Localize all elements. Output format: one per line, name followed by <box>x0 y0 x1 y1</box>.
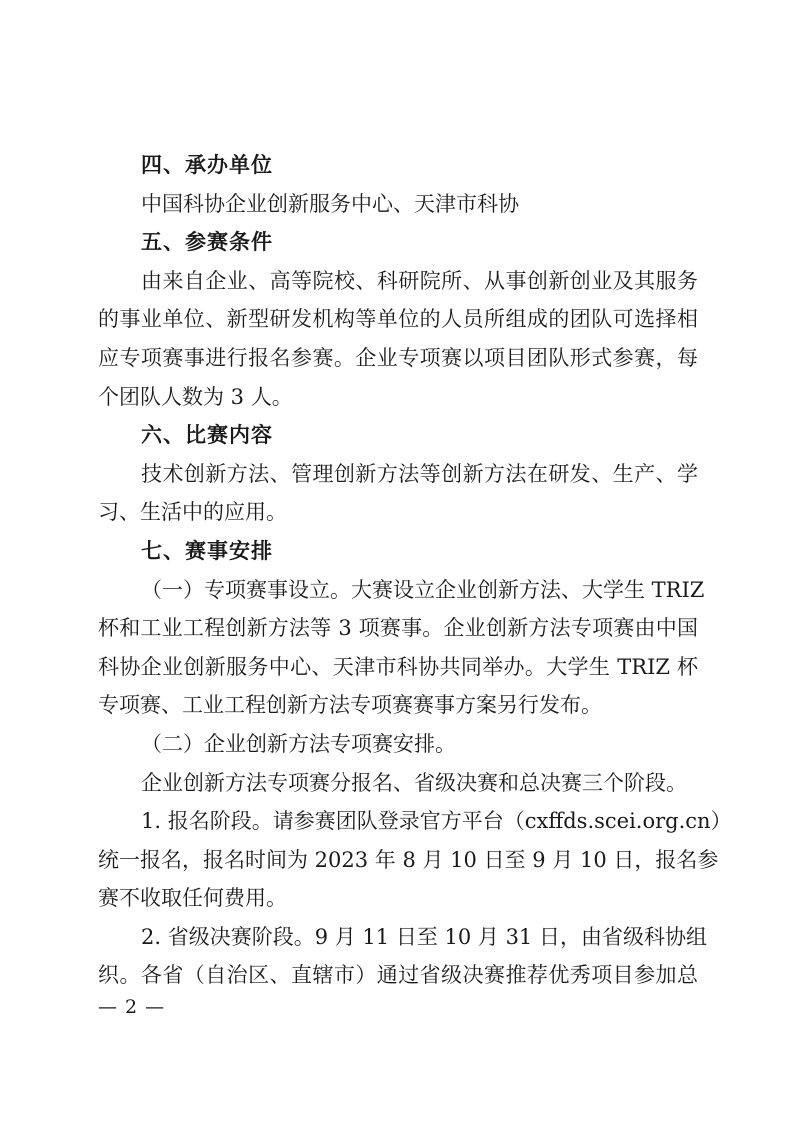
text-line: 赛不收取任何费用。 <box>98 879 698 918</box>
text-line: 技术创新方法、管理创新方法等创新方法在研发、生产、学 <box>98 455 698 494</box>
text-line: 个团队人数为 3 人。 <box>98 378 698 417</box>
text-line: 习、生活中的应用。 <box>98 493 698 532</box>
text-line: 中国科协企业创新服务中心、天津市科协 <box>98 185 698 224</box>
text-line: 的事业单位、新型研发机构等单位的人员所组成的团队可选择相 <box>98 300 698 339</box>
page-number: — 2 — <box>98 994 165 1020</box>
text-line: 1. 报名阶段。请参赛团队登录官方平台（cxffds.scei.org.cn） <box>98 802 698 841</box>
text-line: （二）企业创新方法专项赛安排。 <box>98 725 698 764</box>
document-page: 四、承办单位中国科协企业创新服务中心、天津市科协五、参赛条件由来自企业、高等院校… <box>0 0 794 1123</box>
text-line: 2. 省级决赛阶段。9 月 11 日至 10 月 31 日，由省级科协组 <box>98 918 698 957</box>
text-line: 企业创新方法专项赛分报名、省级决赛和总决赛三个阶段。 <box>98 764 698 803</box>
text-line: 应专项赛事进行报名参赛。企业专项赛以项目团队形式参赛，每 <box>98 339 698 378</box>
section-heading: 五、参赛条件 <box>98 223 698 262</box>
document-body: 四、承办单位中国科协企业创新服务中心、天津市科协五、参赛条件由来自企业、高等院校… <box>98 146 698 995</box>
text-line: 由来自企业、高等院校、科研院所、从事创新创业及其服务 <box>98 262 698 301</box>
text-line: 统一报名，报名时间为 2023 年 8 月 10 日至 9 月 10 日，报名参 <box>98 841 698 880</box>
section-heading: 六、比赛内容 <box>98 416 698 455</box>
text-line: 科协企业创新服务中心、天津市科协共同举办。大学生 TRIZ 杯 <box>98 648 698 687</box>
text-line: （一）专项赛事设立。大赛设立企业创新方法、大学生 TRIZ <box>98 571 698 610</box>
text-line: 专项赛、工业工程创新方法专项赛赛事方案另行发布。 <box>98 686 698 725</box>
section-heading: 七、赛事安排 <box>98 532 698 571</box>
text-line: 织。各省（自治区、直辖市）通过省级决赛推荐优秀项目参加总 <box>98 956 698 995</box>
section-heading: 四、承办单位 <box>98 146 698 185</box>
text-line: 杯和工业工程创新方法等 3 项赛事。企业创新方法专项赛由中国 <box>98 609 698 648</box>
